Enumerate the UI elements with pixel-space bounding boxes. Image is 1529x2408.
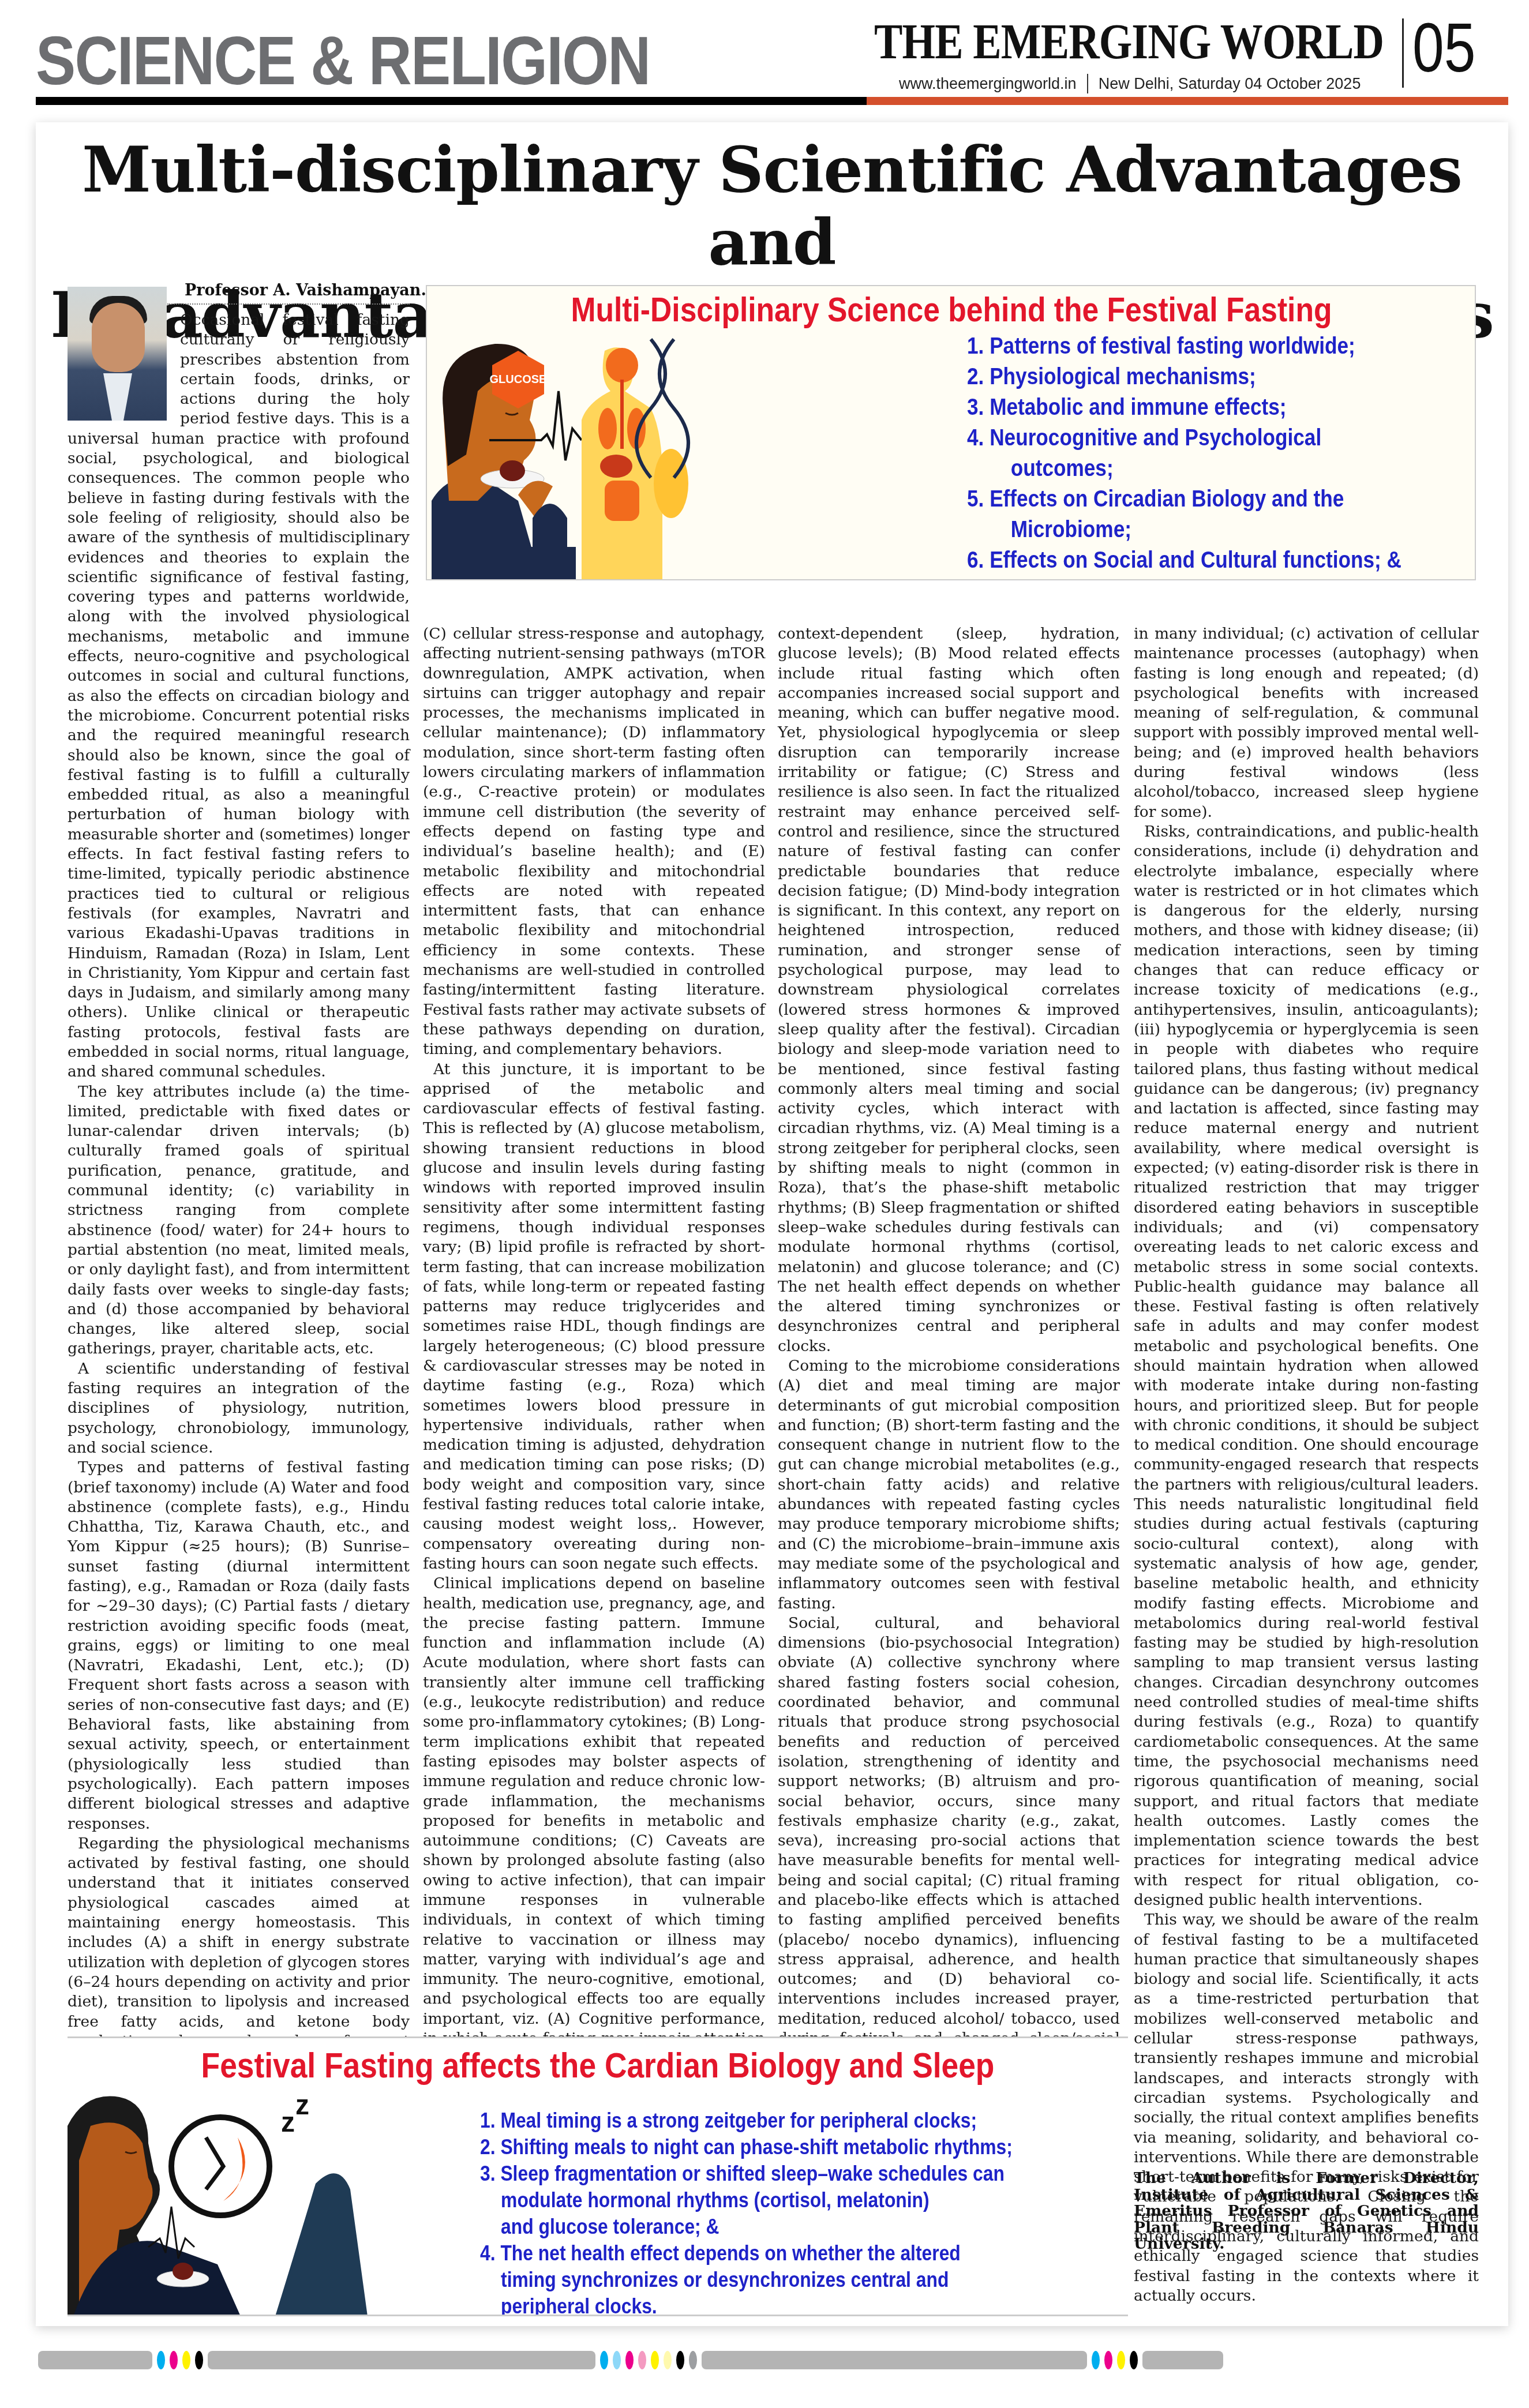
gray-swatch [689,2351,697,2369]
topic-item: 5. Effects on Circadian Biology and the [967,484,1409,515]
point-item-continued: timing synchronizes or desynchronizes ce… [480,2267,1031,2293]
registration-gray-block [208,2351,595,2369]
section-title: SCIENCE & RELIGION [36,22,650,100]
topic-item: 2. Physiological mechanisms; [967,362,1409,392]
infographic-title: Multi-Disciplinary Science behind the Fe… [507,290,1395,329]
topic-item: 4. Neurocognitive and Psychological [967,423,1409,453]
light-magenta-swatch [638,2351,646,2369]
yellow-swatch [1117,2351,1125,2369]
meta-divider [1087,74,1088,93]
registration-gray-block [38,2351,152,2369]
topic-item: 1. Patterns of festival fasting worldwid… [967,331,1409,362]
cyan-swatch [1092,2351,1100,2369]
paragraph: Coming to the microbiome considerations … [778,1356,1120,1614]
point-item: 2. Shifting meals to night can phase-shi… [480,2134,1031,2161]
paragraph: (C) cellular stress-response and autopha… [423,624,765,1060]
svg-text:z: z [281,2107,295,2138]
paragraph: At this juncture, it is important to be … [423,1060,765,1574]
point-item-continued: modulate hormonal rhythms (cortisol, mel… [480,2187,1031,2214]
infographic-title: Festival Fasting affects the Cardian Bio… [142,2045,1054,2086]
cyan-swatch [600,2351,608,2369]
newspaper-name: THE EMERGING WORLD [874,13,1384,70]
article-column-1: Occasional festival fasting culturally o… [68,310,410,2035]
point-item: 4. The net health effect depends on whet… [480,2240,1031,2267]
topic-item: 7. Potential Risks. [967,576,1409,580]
sleep-clock-illustration: z z [68,2091,471,2316]
header-rule-black [36,97,867,105]
magenta-swatch [1104,2351,1112,2369]
glucose-label: GLUCOSE [490,373,547,386]
point-item-continued: and glucose tolerance; & [480,2214,1031,2240]
paragraph: context-dependent (sleep, hydration, glu… [778,624,1120,1356]
headline-line-1: Multi-disciplinary Scientific Advantages… [82,134,1462,279]
point-item: 1. Meal timing is a strong zeitgeber for… [480,2107,1031,2134]
fasting-person-illustration: GLUCOSE [432,328,962,580]
black-swatch [676,2351,684,2369]
topic-item: 6. Effects on Social and Cultural functi… [967,545,1409,576]
topic-item-continued: Microbiome; [967,515,1409,545]
registration-gray-block [1142,2351,1223,2369]
paragraph: A scientific understanding of festival f… [68,1359,410,1458]
infographic-science-festival-fasting: Multi-Disciplinary Science behind the Fe… [426,285,1476,580]
article-column-4: in many individual; (c) activation of ce… [1134,624,1479,2159]
paragraph: Types and patterns of festival fasting (… [68,1458,410,1834]
website-link[interactable]: www.theemergingworld.in [899,75,1077,93]
infographic-topic-list: 1. Patterns of festival fasting worldwid… [967,331,1469,580]
article-column-3: context-dependent (sleep, hydration, glu… [778,624,1120,2038]
svg-text:z: z [295,2091,309,2121]
light-cyan-swatch [613,2351,621,2369]
topic-item-continued: outcomes; [967,453,1409,484]
magenta-swatch [625,2351,634,2369]
paper-meta: www.theemergingworld.in New Delhi, Satur… [899,74,1361,93]
magenta-swatch [170,2351,178,2369]
infographic-circadian-sleep: Festival Fasting affects the Cardian Bio… [68,2036,1128,2316]
author-credit-note: The Author is Former Director, Institute… [1134,2170,1479,2253]
page-number-divider [1402,18,1404,88]
paragraph: Risks, contraindications, and public-hea… [1134,822,1479,1910]
page-number: 05 [1412,8,1475,88]
paragraph: in many individual; (c) activation of ce… [1134,624,1479,822]
photo-float-spacer [68,310,180,426]
print-registration-bar [38,2351,1223,2369]
yellow-swatch [182,2351,190,2369]
dateline: New Delhi, Saturday 04 October 2025 [1099,75,1361,93]
yellow-swatch [651,2351,659,2369]
paragraph: The key attributes include (a) the time-… [68,1082,410,1359]
paragraph: Occasional festival fasting culturally o… [68,310,410,1082]
author-byline: Professor A. Vaishampayan. [185,282,426,299]
byline-dotted-rule [167,303,410,305]
light-yellow-swatch [664,2351,672,2369]
article-column-2: (C) cellular stress-response and autopha… [423,624,765,2038]
point-item-continued: peripheral clocks. [480,2293,1031,2316]
infographic-point-list: 1. Meal timing is a strong zeitgeber for… [480,2107,1120,2316]
header-rule-orange [867,97,1508,105]
cyan-swatch [157,2351,165,2369]
black-swatch [1130,2351,1138,2369]
black-swatch [195,2351,203,2369]
paragraph: Social, cultural, and behavioral dimensi… [778,1614,1120,2088]
topic-item: 3. Metabolic and immune effects; [967,392,1409,423]
point-item: 3. Sleep fragmentation or shifted sleep–… [480,2161,1031,2187]
registration-gray-block [702,2351,1087,2369]
